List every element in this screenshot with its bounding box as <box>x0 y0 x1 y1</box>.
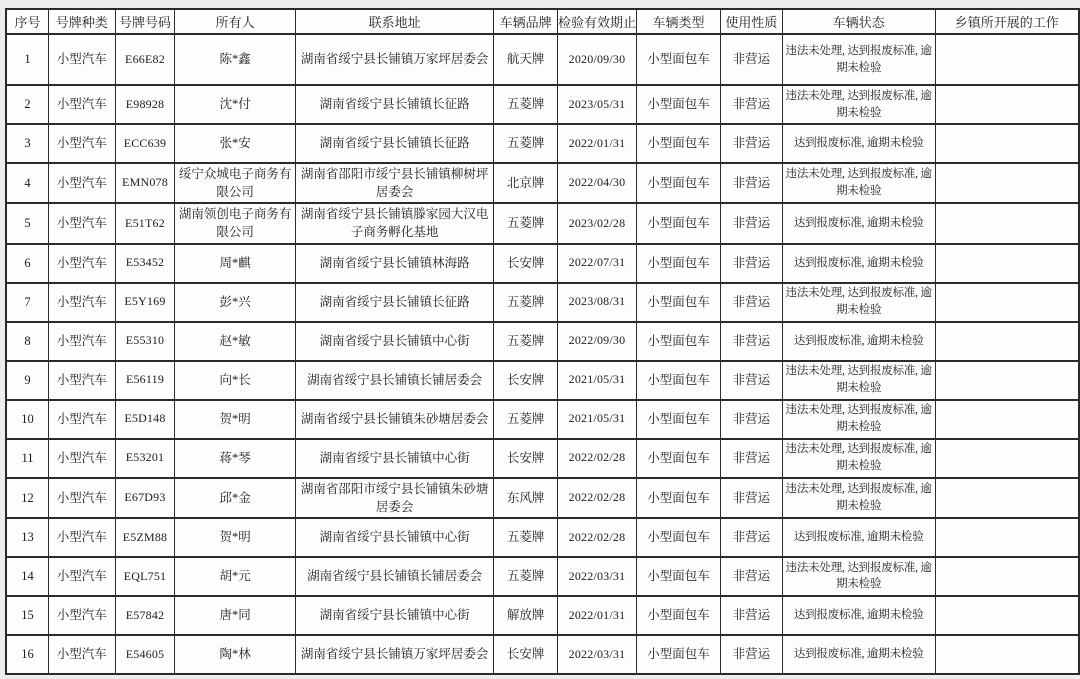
cell-vehicle-status: 违法未处理, 达到报废标准, 逾期未检验 <box>782 85 935 124</box>
cell-owner: 邱*金 <box>175 478 295 518</box>
cell-plate-type: 小型汽车 <box>49 361 116 400</box>
cell-plate-type: 小型汽车 <box>49 244 116 283</box>
cell-index: 5 <box>6 203 49 243</box>
table-row: 3小型汽车ECC639张*安湖南省绥宁县长铺镇长征路五菱牌2022/01/31小… <box>6 124 1079 163</box>
cell-address: 湖南省绥宁县长铺镇中心街 <box>295 322 493 361</box>
cell-vehicle-status: 达到报废标准, 逾期未检验 <box>782 635 935 674</box>
cell-inspection-valid-until: 2022/02/28 <box>557 518 636 557</box>
cell-plate-number: EQL751 <box>115 557 175 596</box>
cell-plate-number: E5ZM88 <box>115 518 175 557</box>
cell-plate-number: EMN078 <box>115 163 175 203</box>
cell-brand: 五菱牌 <box>494 85 558 124</box>
cell-plate-number: ECC639 <box>115 124 175 163</box>
cell-inspection-valid-until: 2023/02/28 <box>557 203 636 243</box>
cell-owner: 赵*敏 <box>175 322 295 361</box>
cell-owner: 张*安 <box>175 124 295 163</box>
cell-brand: 解放牌 <box>494 596 558 635</box>
cell-plate-number: E54605 <box>115 635 175 674</box>
cell-township-work <box>935 439 1079 478</box>
cell-vehicle-status: 违法未处理, 达到报废标准, 逾期未检验 <box>782 163 935 203</box>
cell-brand: 长安牌 <box>494 635 558 674</box>
cell-vehicle-status: 达到报废标准, 逾期未检验 <box>782 518 935 557</box>
cell-vehicle-status: 达到报废标准, 逾期未检验 <box>782 124 935 163</box>
cell-vehicle-status: 达到报废标准, 逾期未检验 <box>782 322 935 361</box>
cell-vehicle-type: 小型面包车 <box>636 596 720 635</box>
table-row: 4小型汽车EMN078绥宁众城电子商务有限公司湖南省邵阳市绥宁县长铺镇柳树坪居委… <box>6 163 1079 203</box>
cell-brand: 航天牌 <box>494 34 558 85</box>
cell-address: 湖南省绥宁县长铺镇万家坪居委会 <box>295 635 493 674</box>
cell-plate-number: E67D93 <box>115 478 175 518</box>
cell-vehicle-type: 小型面包车 <box>636 400 720 439</box>
cell-vehicle-type: 小型面包车 <box>636 85 720 124</box>
cell-plate-type: 小型汽车 <box>49 34 116 85</box>
cell-usage-nature: 非营运 <box>721 163 783 203</box>
cell-vehicle-status: 达到报废标准, 逾期未检验 <box>782 596 935 635</box>
cell-usage-nature: 非营运 <box>721 478 783 518</box>
cell-plate-type: 小型汽车 <box>49 124 116 163</box>
cell-vehicle-status: 违法未处理, 达到报废标准, 逾期未检验 <box>782 439 935 478</box>
table-row: 6小型汽车E53452周*麒湖南省绥宁县长铺镇林海路长安牌2022/07/31小… <box>6 244 1079 283</box>
cell-usage-nature: 非营运 <box>721 439 783 478</box>
cell-address: 湖南省绥宁县长铺镇长征路 <box>295 85 493 124</box>
cell-township-work <box>935 361 1079 400</box>
cell-address: 湖南省邵阳市绥宁县长铺镇柳树坪居委会 <box>295 163 493 203</box>
table-row: 9小型汽车E56119向*长湖南省绥宁县长铺镇长铺居委会长安牌2021/05/3… <box>6 361 1079 400</box>
cell-index: 6 <box>6 244 49 283</box>
cell-usage-nature: 非营运 <box>721 34 783 85</box>
cell-plate-type: 小型汽车 <box>49 478 116 518</box>
cell-index: 13 <box>6 518 49 557</box>
cell-inspection-valid-until: 2021/05/31 <box>557 361 636 400</box>
cell-brand: 五菱牌 <box>494 124 558 163</box>
cell-brand: 五菱牌 <box>494 203 558 243</box>
cell-index: 9 <box>6 361 49 400</box>
cell-brand: 五菱牌 <box>494 322 558 361</box>
cell-inspection-valid-until: 2022/03/31 <box>557 557 636 596</box>
cell-inspection-valid-until: 2022/07/31 <box>557 244 636 283</box>
cell-inspection-valid-until: 2023/08/31 <box>557 283 636 322</box>
cell-plate-type: 小型汽车 <box>49 203 116 243</box>
cell-plate-type: 小型汽车 <box>49 400 116 439</box>
cell-usage-nature: 非营运 <box>721 283 783 322</box>
column-header-plate-type: 号牌种类 <box>49 9 116 34</box>
cell-vehicle-status: 违法未处理, 达到报废标准, 逾期未检验 <box>782 283 935 322</box>
cell-index: 14 <box>6 557 49 596</box>
header-row: 序号号牌种类号牌号码所有人联系地址车辆品牌检验有效期止车辆类型使用性质车辆状态乡… <box>6 9 1079 34</box>
cell-address: 湖南省绥宁县长铺镇长征路 <box>295 124 493 163</box>
cell-brand: 五菱牌 <box>494 518 558 557</box>
cell-vehicle-status: 违法未处理, 达到报废标准, 逾期未检验 <box>782 400 935 439</box>
table-row: 7小型汽车E5Y169彭*兴湖南省绥宁县长铺镇长征路五菱牌2023/08/31小… <box>6 283 1079 322</box>
cell-township-work <box>935 478 1079 518</box>
column-header-owner: 所有人 <box>175 9 295 34</box>
cell-address: 湖南省绥宁县长铺镇林海路 <box>295 244 493 283</box>
cell-inspection-valid-until: 2022/02/28 <box>557 478 636 518</box>
cell-address: 湖南省绥宁县长铺镇万家坪居委会 <box>295 34 493 85</box>
cell-address: 湖南省绥宁县长铺镇滕家园大汉电子商务孵化基地 <box>295 203 493 243</box>
cell-vehicle-type: 小型面包车 <box>636 361 720 400</box>
cell-usage-nature: 非营运 <box>721 361 783 400</box>
cell-plate-type: 小型汽车 <box>49 85 116 124</box>
cell-address: 湖南省绥宁县长铺镇中心街 <box>295 596 493 635</box>
cell-address: 湖南省绥宁县长铺镇中心街 <box>295 439 493 478</box>
column-header-plate-number: 号牌号码 <box>115 9 175 34</box>
cell-index: 2 <box>6 85 49 124</box>
cell-brand: 长安牌 <box>494 361 558 400</box>
cell-inspection-valid-until: 2020/09/30 <box>557 34 636 85</box>
cell-vehicle-type: 小型面包车 <box>636 518 720 557</box>
cell-vehicle-type: 小型面包车 <box>636 34 720 85</box>
cell-township-work <box>935 557 1079 596</box>
table-row: 1小型汽车E66E82陈*鑫湖南省绥宁县长铺镇万家坪居委会航天牌2020/09/… <box>6 34 1079 85</box>
cell-index: 11 <box>6 439 49 478</box>
cell-inspection-valid-until: 2022/09/30 <box>557 322 636 361</box>
cell-owner: 周*麒 <box>175 244 295 283</box>
table-row: 14小型汽车EQL751胡*元湖南省绥宁县长铺镇长铺居委会五菱牌2022/03/… <box>6 557 1079 596</box>
cell-township-work <box>935 400 1079 439</box>
cell-owner: 绥宁众城电子商务有限公司 <box>175 163 295 203</box>
cell-inspection-valid-until: 2022/04/30 <box>557 163 636 203</box>
cell-brand: 北京牌 <box>494 163 558 203</box>
table-row: 5小型汽车E51T62湖南领创电子商务有限公司湖南省绥宁县长铺镇滕家园大汉电子商… <box>6 203 1079 243</box>
cell-index: 4 <box>6 163 49 203</box>
cell-brand: 五菱牌 <box>494 400 558 439</box>
cell-vehicle-status: 违法未处理, 达到报废标准, 逾期未检验 <box>782 557 935 596</box>
cell-owner: 唐*同 <box>175 596 295 635</box>
cell-address: 湖南省邵阳市绥宁县长铺镇朱砂塘居委会 <box>295 478 493 518</box>
cell-owner: 蒋*琴 <box>175 439 295 478</box>
cell-inspection-valid-until: 2022/03/31 <box>557 635 636 674</box>
cell-owner: 陈*鑫 <box>175 34 295 85</box>
table-row: 16小型汽车E54605陶*林湖南省绥宁县长铺镇万家坪居委会长安牌2022/03… <box>6 635 1079 674</box>
cell-inspection-valid-until: 2023/05/31 <box>557 85 636 124</box>
cell-plate-number: E5Y169 <box>115 283 175 322</box>
cell-index: 10 <box>6 400 49 439</box>
cell-address: 湖南省绥宁县长铺镇长铺居委会 <box>295 361 493 400</box>
cell-township-work <box>935 34 1079 85</box>
cell-address: 湖南省绥宁县长铺镇朱砂塘居委会 <box>295 400 493 439</box>
cell-plate-type: 小型汽车 <box>49 322 116 361</box>
cell-usage-nature: 非营运 <box>721 518 783 557</box>
cell-owner: 胡*元 <box>175 557 295 596</box>
cell-vehicle-status: 违法未处理, 达到报废标准, 逾期未检验 <box>782 34 935 85</box>
cell-brand: 五菱牌 <box>494 557 558 596</box>
cell-plate-number: E53201 <box>115 439 175 478</box>
cell-vehicle-status: 达到报废标准, 逾期未检验 <box>782 203 935 243</box>
cell-vehicle-status: 违法未处理, 达到报废标准, 逾期未检验 <box>782 361 935 400</box>
column-header-usage-nature: 使用性质 <box>721 9 783 34</box>
cell-vehicle-type: 小型面包车 <box>636 557 720 596</box>
cell-vehicle-status: 达到报废标准, 逾期未检验 <box>782 244 935 283</box>
column-header-brand: 车辆品牌 <box>494 9 558 34</box>
cell-plate-type: 小型汽车 <box>49 518 116 557</box>
cell-owner: 彭*兴 <box>175 283 295 322</box>
table-header: 序号号牌种类号牌号码所有人联系地址车辆品牌检验有效期止车辆类型使用性质车辆状态乡… <box>6 9 1079 34</box>
cell-plate-number: E98928 <box>115 85 175 124</box>
cell-owner: 陶*林 <box>175 635 295 674</box>
column-header-inspection-valid-until: 检验有效期止 <box>557 9 636 34</box>
table-row: 12小型汽车E67D93邱*金湖南省邵阳市绥宁县长铺镇朱砂塘居委会东风牌2022… <box>6 478 1079 518</box>
cell-township-work <box>935 163 1079 203</box>
cell-usage-nature: 非营运 <box>721 244 783 283</box>
cell-township-work <box>935 518 1079 557</box>
cell-plate-number: E56119 <box>115 361 175 400</box>
cell-address: 湖南省绥宁县长铺镇长铺居委会 <box>295 557 493 596</box>
cell-usage-nature: 非营运 <box>721 557 783 596</box>
cell-usage-nature: 非营运 <box>721 85 783 124</box>
table-row: 11小型汽车E53201蒋*琴湖南省绥宁县长铺镇中心街长安牌2022/02/28… <box>6 439 1079 478</box>
cell-index: 3 <box>6 124 49 163</box>
cell-township-work <box>935 322 1079 361</box>
cell-vehicle-type: 小型面包车 <box>636 322 720 361</box>
cell-usage-nature: 非营运 <box>721 203 783 243</box>
cell-inspection-valid-until: 2021/05/31 <box>557 400 636 439</box>
cell-index: 15 <box>6 596 49 635</box>
cell-vehicle-type: 小型面包车 <box>636 244 720 283</box>
cell-vehicle-type: 小型面包车 <box>636 203 720 243</box>
cell-township-work <box>935 635 1079 674</box>
cell-inspection-valid-until: 2022/02/28 <box>557 439 636 478</box>
cell-address: 湖南省绥宁县长铺镇长征路 <box>295 283 493 322</box>
vehicle-status-table: 序号号牌种类号牌号码所有人联系地址车辆品牌检验有效期止车辆类型使用性质车辆状态乡… <box>5 8 1080 675</box>
cell-usage-nature: 非营运 <box>721 635 783 674</box>
cell-plate-number: E66E82 <box>115 34 175 85</box>
cell-plate-number: E53452 <box>115 244 175 283</box>
cell-plate-number: E55310 <box>115 322 175 361</box>
column-header-index: 序号 <box>6 9 49 34</box>
cell-township-work <box>935 244 1079 283</box>
table-row: 8小型汽车E55310赵*敏湖南省绥宁县长铺镇中心街五菱牌2022/09/30小… <box>6 322 1079 361</box>
cell-vehicle-type: 小型面包车 <box>636 478 720 518</box>
table-row: 10小型汽车E5D148贺*明湖南省绥宁县长铺镇朱砂塘居委会五菱牌2021/05… <box>6 400 1079 439</box>
cell-plate-number: E51T62 <box>115 203 175 243</box>
column-header-vehicle-status: 车辆状态 <box>782 9 935 34</box>
cell-township-work <box>935 283 1079 322</box>
column-header-address: 联系地址 <box>295 9 493 34</box>
cell-vehicle-type: 小型面包车 <box>636 283 720 322</box>
cell-brand: 东风牌 <box>494 478 558 518</box>
cell-usage-nature: 非营运 <box>721 124 783 163</box>
cell-brand: 长安牌 <box>494 244 558 283</box>
column-header-township-work: 乡镇所开展的工作 <box>935 9 1079 34</box>
cell-owner: 贺*明 <box>175 518 295 557</box>
cell-plate-type: 小型汽车 <box>49 439 116 478</box>
cell-index: 16 <box>6 635 49 674</box>
cell-vehicle-status: 违法未处理, 达到报废标准, 逾期未检验 <box>782 478 935 518</box>
cell-brand: 五菱牌 <box>494 283 558 322</box>
cell-plate-type: 小型汽车 <box>49 283 116 322</box>
cell-plate-type: 小型汽车 <box>49 635 116 674</box>
cell-inspection-valid-until: 2022/01/31 <box>557 596 636 635</box>
cell-address: 湖南省绥宁县长铺镇中心街 <box>295 518 493 557</box>
column-header-vehicle-type: 车辆类型 <box>636 9 720 34</box>
cell-owner: 湖南领创电子商务有限公司 <box>175 203 295 243</box>
cell-index: 7 <box>6 283 49 322</box>
cell-vehicle-type: 小型面包车 <box>636 635 720 674</box>
cell-township-work <box>935 596 1079 635</box>
cell-township-work <box>935 85 1079 124</box>
table-row: 13小型汽车E5ZM88贺*明湖南省绥宁县长铺镇中心街五菱牌2022/02/28… <box>6 518 1079 557</box>
vehicle-table-container: 序号号牌种类号牌号码所有人联系地址车辆品牌检验有效期止车辆类型使用性质车辆状态乡… <box>5 8 1080 675</box>
cell-plate-number: E5D148 <box>115 400 175 439</box>
table-body: 1小型汽车E66E82陈*鑫湖南省绥宁县长铺镇万家坪居委会航天牌2020/09/… <box>6 34 1079 674</box>
cell-vehicle-type: 小型面包车 <box>636 124 720 163</box>
cell-owner: 贺*明 <box>175 400 295 439</box>
cell-index: 1 <box>6 34 49 85</box>
cell-township-work <box>935 203 1079 243</box>
cell-vehicle-type: 小型面包车 <box>636 163 720 203</box>
cell-township-work <box>935 124 1079 163</box>
cell-plate-number: E57842 <box>115 596 175 635</box>
cell-plate-type: 小型汽车 <box>49 557 116 596</box>
cell-inspection-valid-until: 2022/01/31 <box>557 124 636 163</box>
cell-owner: 沈*付 <box>175 85 295 124</box>
cell-owner: 向*长 <box>175 361 295 400</box>
table-row: 15小型汽车E57842唐*同湖南省绥宁县长铺镇中心街解放牌2022/01/31… <box>6 596 1079 635</box>
cell-usage-nature: 非营运 <box>721 596 783 635</box>
cell-index: 8 <box>6 322 49 361</box>
cell-plate-type: 小型汽车 <box>49 163 116 203</box>
cell-vehicle-type: 小型面包车 <box>636 439 720 478</box>
cell-usage-nature: 非营运 <box>721 400 783 439</box>
cell-index: 12 <box>6 478 49 518</box>
cell-brand: 长安牌 <box>494 439 558 478</box>
table-row: 2小型汽车E98928沈*付湖南省绥宁县长铺镇长征路五菱牌2023/05/31小… <box>6 85 1079 124</box>
cell-usage-nature: 非营运 <box>721 322 783 361</box>
cell-plate-type: 小型汽车 <box>49 596 116 635</box>
